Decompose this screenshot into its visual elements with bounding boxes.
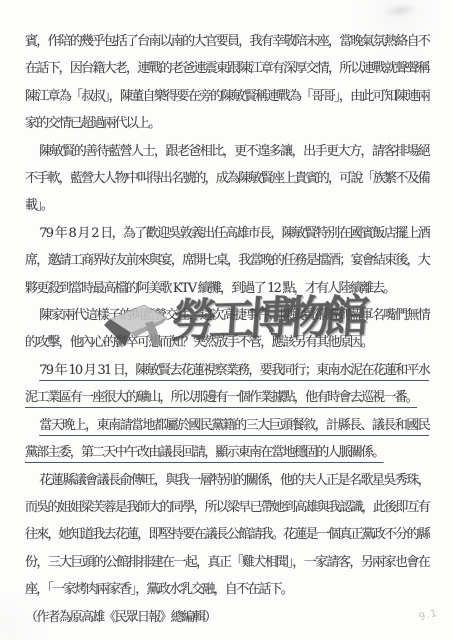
scan-speck [330, 562, 333, 565]
paragraph-hualien-speaker: 花蓮縣議會議長俞傳旺，與我一層特別的關係，他的夫人正是名歌星吳秀珠，而吳的姐姐梁… [25, 467, 429, 604]
scanned-document-page: 賓，作陪的幾乎包括了台南以南的大官要員，我有幸敬陪末座，當晚氣氛熱絡自不在話下，… [0, 0, 452, 640]
article-body: 賓，作陪的幾乎包括了台南以南的大官要員，我有幸敬陪末座，當晚氣氛熱絡自不在話下，… [25, 28, 429, 631]
author-note: （作者為原高雄《民眾日報》總編輯） [25, 604, 429, 631]
paragraph-media-attack: 陳家兩代這樣子的與藍營交往，這次高捷事件，陳敏賢卻遭到藍軍名嘴們無情的攻擊，他內… [25, 302, 429, 357]
scan-smudge-top-right [382, 2, 417, 20]
paragraph-banquet-guests: 賓，作陪的幾乎包括了台南以南的大官要員，我有幸敬陪末座，當晚氣氛熱絡自不在話下，… [25, 28, 429, 138]
paragraph-wu-dunyi-banquet: 79 年 8 月 2 日，為了歡迎吳敦義出任高雄市長，陳敏賢特別在國賓飯店擺上酒… [25, 220, 429, 302]
paragraph-hualien-inspection-underlined: 79 年 10 月 31 日，陳敏賢去花蓮視察業務，要我同行；東南水泥在花蓮和平… [25, 357, 429, 412]
paragraph-blue-camp-hospitality: 陳敏賢的善待藍營人士，跟老爸相比，更不遑多讓，出手更大方，請客排場絕不手軟，藍營… [25, 138, 429, 220]
paragraph-kmt-dinner-underlined: 當天晚上，東南請當地都屬於國民黨籍的三大巨頭餐敘，計縣長、議長和國民黨部主委，第… [25, 412, 429, 467]
